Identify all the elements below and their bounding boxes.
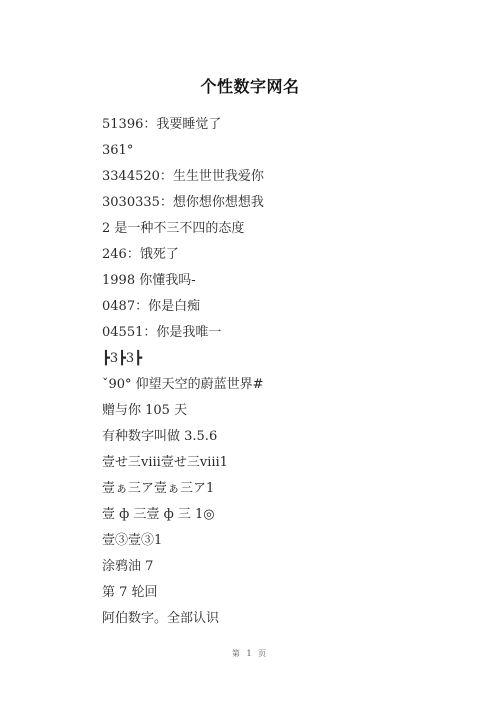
list-item: 361°	[102, 140, 422, 166]
list-item: 壹ぁ三ア壹ぁ三ア1	[102, 478, 422, 504]
list-item: 1998 你懂我吗-	[102, 270, 422, 296]
list-item: 涂鸦油 7	[102, 556, 422, 582]
list-item: 第 7 轮回	[102, 582, 422, 608]
document-page: 个性数字网名 51396：我要睡觉了 361° 3344520：生生世世我爱你 …	[0, 0, 500, 708]
list-item: 有种数字叫做 3.5.6	[102, 426, 422, 452]
list-item: 阿伯数字。全部认识	[102, 608, 422, 634]
list-item: 赠与你 105 天	[102, 400, 422, 426]
list-item: 3030335：想你想你想想我	[102, 192, 422, 218]
list-item: 壹 ф 三壹 ф 三 1◎	[102, 504, 422, 530]
list-item: 51396：我要睡觉了	[102, 114, 422, 140]
page-number: 第 1 页	[0, 648, 500, 659]
document-title: 个性数字网名	[0, 74, 500, 97]
list-item: 0487：你是白痴	[102, 296, 422, 322]
list-item: 246：饿死了	[102, 244, 422, 270]
list-item: ˇ90° 仰望天空的蔚蓝世界#	[102, 374, 422, 400]
list-item: 04551：你是我唯一	[102, 322, 422, 348]
list-item: 3344520：生生世世我爱你	[102, 166, 422, 192]
list-item: 壹せ三ⅷ壹せ三ⅷ1	[102, 452, 422, 478]
netname-list: 51396：我要睡觉了 361° 3344520：生生世世我爱你 3030335…	[102, 114, 422, 634]
list-item: ┣3┣3┣	[102, 348, 422, 374]
list-item: 壹③壹③1	[102, 530, 422, 556]
list-item: 2 是一种不三不四的态度	[102, 218, 422, 244]
